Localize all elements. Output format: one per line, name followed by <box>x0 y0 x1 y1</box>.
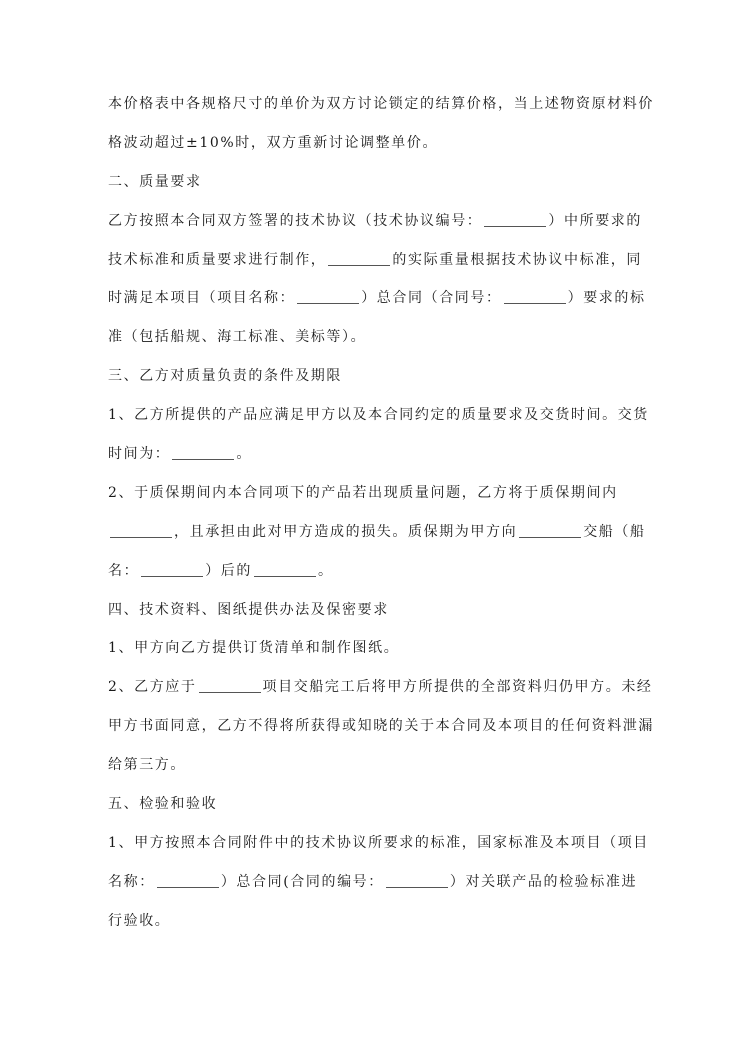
text-segment: 时满足本项目（项目名称： <box>108 290 295 306</box>
fill-in-blank <box>254 562 316 577</box>
paragraph-line: 行验收。 <box>108 911 638 950</box>
text-segment: ）总合同(合同的编号： <box>221 874 384 890</box>
paragraph-line: 2、乙方应于项目交船完工后将甲方所提供的全部资料归仍甲方。未经 <box>108 677 638 716</box>
text-segment: 2、于质保期间内本合同项下的产品若出现质量问题，乙方将于质保期间内 <box>108 485 618 501</box>
text-segment: 三、乙方对质量负责的条件及期限 <box>108 368 342 384</box>
fill-in-blank <box>484 212 546 227</box>
text-segment: 四、技术资料、图纸提供办法及保密要求 <box>108 602 389 618</box>
paragraph-line: 时满足本项目（项目名称：）总合同（合同号：）要求的标 <box>108 288 638 327</box>
paragraph-line: 本价格表中各规格尺寸的单价为双方讨论锁定的结算价格，当上述物资原材料价 <box>108 94 638 133</box>
paragraph-line: 1、甲方按照本合同附件中的技术协议所要求的标准，国家标准及本项目（项目 <box>108 833 638 872</box>
fill-in-blank <box>504 289 566 304</box>
section-heading: 五、检验和验收 <box>108 794 638 833</box>
text-segment: 行验收。 <box>108 913 170 929</box>
section-heading: 二、质量要求 <box>108 172 638 211</box>
paragraph-line: ，且承担由此对甲方造成的损失。质保期为甲方向交船（船 <box>108 522 638 561</box>
fill-in-blank <box>519 523 581 538</box>
text-segment: 时间为： <box>108 446 170 462</box>
fill-in-blank <box>199 678 261 693</box>
text-segment: 乙方按照本合同双方签署的技术协议（技术协议编号： <box>108 213 482 229</box>
paragraph-line: 时间为：。 <box>108 444 638 483</box>
paragraph-line: 甲方书面同意，乙方不得将所获得或知晓的关于本合同及本项目的任何资料泄漏 <box>108 716 638 755</box>
fill-in-blank <box>172 445 234 460</box>
text-segment: 1、甲方按照本合同附件中的技术协议所要求的标准，国家标准及本项目（项目 <box>108 835 649 851</box>
text-segment: ）后的 <box>205 563 252 579</box>
text-segment: 五、检验和验收 <box>108 796 217 812</box>
text-segment: 的实际重量根据技术协议中标准，同 <box>392 252 642 268</box>
fill-in-blank <box>157 873 219 888</box>
paragraph-line: 1、甲方向乙方提供订货清单和制作图纸。 <box>108 638 638 677</box>
text-segment: ）要求的标 <box>568 290 646 306</box>
fill-in-blank <box>328 251 390 266</box>
paragraph-line: 格波动超过±10%时，双方重新讨论调整单价。 <box>108 133 638 172</box>
text-segment: ）对关联产品的检验标准进 <box>450 874 637 890</box>
text-segment: 技术标准和质量要求进行制作， <box>108 252 326 268</box>
text-segment: 甲方书面同意，乙方不得将所获得或知晓的关于本合同及本项目的任何资料泄漏 <box>108 718 654 734</box>
paragraph-line: 2、于质保期间内本合同项下的产品若出现质量问题，乙方将于质保期间内 <box>108 483 638 522</box>
section-heading: 三、乙方对质量负责的条件及期限 <box>108 366 638 405</box>
text-segment: ）总合同（合同号： <box>361 290 501 306</box>
fill-in-blank <box>386 873 448 888</box>
paragraph-line: 名称：）总合同(合同的编号：）对关联产品的检验标准进 <box>108 872 638 911</box>
text-segment: ）中所要求的 <box>548 213 642 229</box>
text-segment: 1、甲方向乙方提供订货清单和制作图纸。 <box>108 640 399 656</box>
text-segment: 交船（船 <box>583 524 645 540</box>
fill-in-blank <box>110 523 172 538</box>
document-page: 本价格表中各规格尺寸的单价为双方讨论锁定的结算价格，当上述物资原材料价格波动超过… <box>108 94 638 950</box>
paragraph-line: 准（包括船规、海工标准、美标等）。 <box>108 327 638 366</box>
fill-in-blank <box>297 289 359 304</box>
paragraph-line: 1、乙方所提供的产品应满足甲方以及本合同约定的质量要求及交货时间。交货 <box>108 405 638 444</box>
section-heading: 四、技术资料、图纸提供办法及保密要求 <box>108 600 638 639</box>
paragraph-line: 乙方按照本合同双方签署的技术协议（技术协议编号：）中所要求的 <box>108 211 638 250</box>
text-segment: 。 <box>236 446 252 462</box>
text-segment: 1、乙方所提供的产品应满足甲方以及本合同约定的质量要求及交货时间。交货 <box>108 407 649 423</box>
paragraph-line: 名：）后的。 <box>108 561 638 600</box>
text-segment: 二、质量要求 <box>108 174 202 190</box>
text-segment: 格波动超过±10%时，双方重新讨论调整单价。 <box>108 135 438 151</box>
text-segment: 名称： <box>108 874 155 890</box>
text-segment: 准（包括船规、海工标准、美标等）。 <box>108 329 366 345</box>
text-segment: 2、乙方应于 <box>108 679 197 695</box>
text-segment: 本价格表中各规格尺寸的单价为双方讨论锁定的结算价格，当上述物资原材料价 <box>108 96 654 112</box>
text-segment: 给第三方。 <box>108 757 186 773</box>
text-segment: 项目交船完工后将甲方所提供的全部资料归仍甲方。未经 <box>263 679 653 695</box>
fill-in-blank <box>141 562 203 577</box>
text-segment: 。 <box>318 563 334 579</box>
text-segment: 名： <box>108 563 139 579</box>
paragraph-line: 技术标准和质量要求进行制作，的实际重量根据技术协议中标准，同 <box>108 250 638 289</box>
paragraph-line: 给第三方。 <box>108 755 638 794</box>
text-segment: ，且承担由此对甲方造成的损失。质保期为甲方向 <box>174 524 517 540</box>
